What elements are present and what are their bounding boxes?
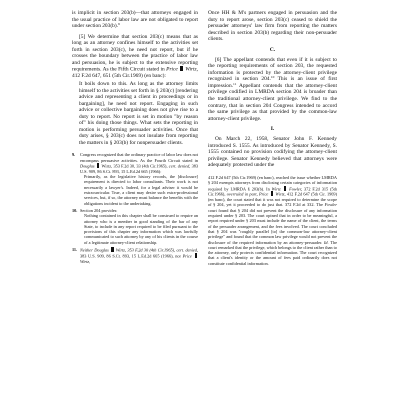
footnote-11-continued: 412 F.2d 647 (5th Cir.1969) (en banc), r… bbox=[208, 175, 337, 266]
redaction-mark bbox=[97, 163, 100, 168]
footnote-number: 9. bbox=[72, 152, 80, 205]
redaction-mark bbox=[284, 186, 287, 191]
paragraph-6: [6] The appellant contends that even if … bbox=[208, 57, 337, 122]
footnote-quote: Nothing contained in this chapter shall … bbox=[84, 213, 198, 245]
footnote-number: 11. bbox=[72, 247, 80, 264]
paragraph-holding: [5] We determine that section 203(c) mea… bbox=[72, 34, 198, 80]
redaction-mark bbox=[180, 66, 183, 71]
page-number: 1214 bbox=[78, 0, 90, 2]
footnote-quote: Primarily, as the legislative history re… bbox=[84, 174, 198, 206]
subsection-heading: I. bbox=[208, 126, 337, 133]
headnote-marker: [6] bbox=[215, 57, 221, 63]
right-column: Once HH & M's partners engaged in persua… bbox=[208, 10, 337, 266]
footnote-11: 11. Neither Douglas Wirtz, 353 F.2d 30 (… bbox=[72, 247, 198, 264]
footnote-10: 10. Section 204 provides: Nothing contai… bbox=[72, 208, 198, 245]
paragraph-history: On March 22, 1958, Senator John F. Kenne… bbox=[208, 136, 337, 169]
case-name: Price bbox=[166, 67, 178, 73]
footnote-ref[interactable]: 9 bbox=[118, 22, 120, 26]
footnotes-left: 9. Congress recognized that the ordinary… bbox=[72, 152, 198, 263]
paragraph-continued: Once HH & M's partners engaged in persua… bbox=[208, 10, 337, 43]
left-column: is implicit in section 203(b)—that attor… bbox=[72, 10, 198, 264]
block-quote: It boils down to this. As long as the at… bbox=[79, 81, 198, 146]
redaction-mark bbox=[195, 253, 198, 258]
headnote-marker: [5] bbox=[79, 34, 85, 40]
case-name: Wirtz, bbox=[185, 67, 198, 73]
footnote-ref[interactable]: 11 bbox=[233, 82, 236, 86]
section-heading: C. bbox=[208, 47, 337, 54]
document-page: 1214 is implicit in section 203(b)—that … bbox=[0, 0, 400, 400]
paragraph-continued: is implicit in section 203(b)—that attor… bbox=[72, 10, 198, 30]
footnote-number: 10. bbox=[72, 208, 80, 245]
redaction-mark bbox=[271, 191, 274, 196]
footnote-ref[interactable]: 10 bbox=[271, 75, 275, 79]
redaction-mark bbox=[111, 247, 114, 252]
footnote-9: 9. Congress recognized that the ordinary… bbox=[72, 152, 198, 205]
